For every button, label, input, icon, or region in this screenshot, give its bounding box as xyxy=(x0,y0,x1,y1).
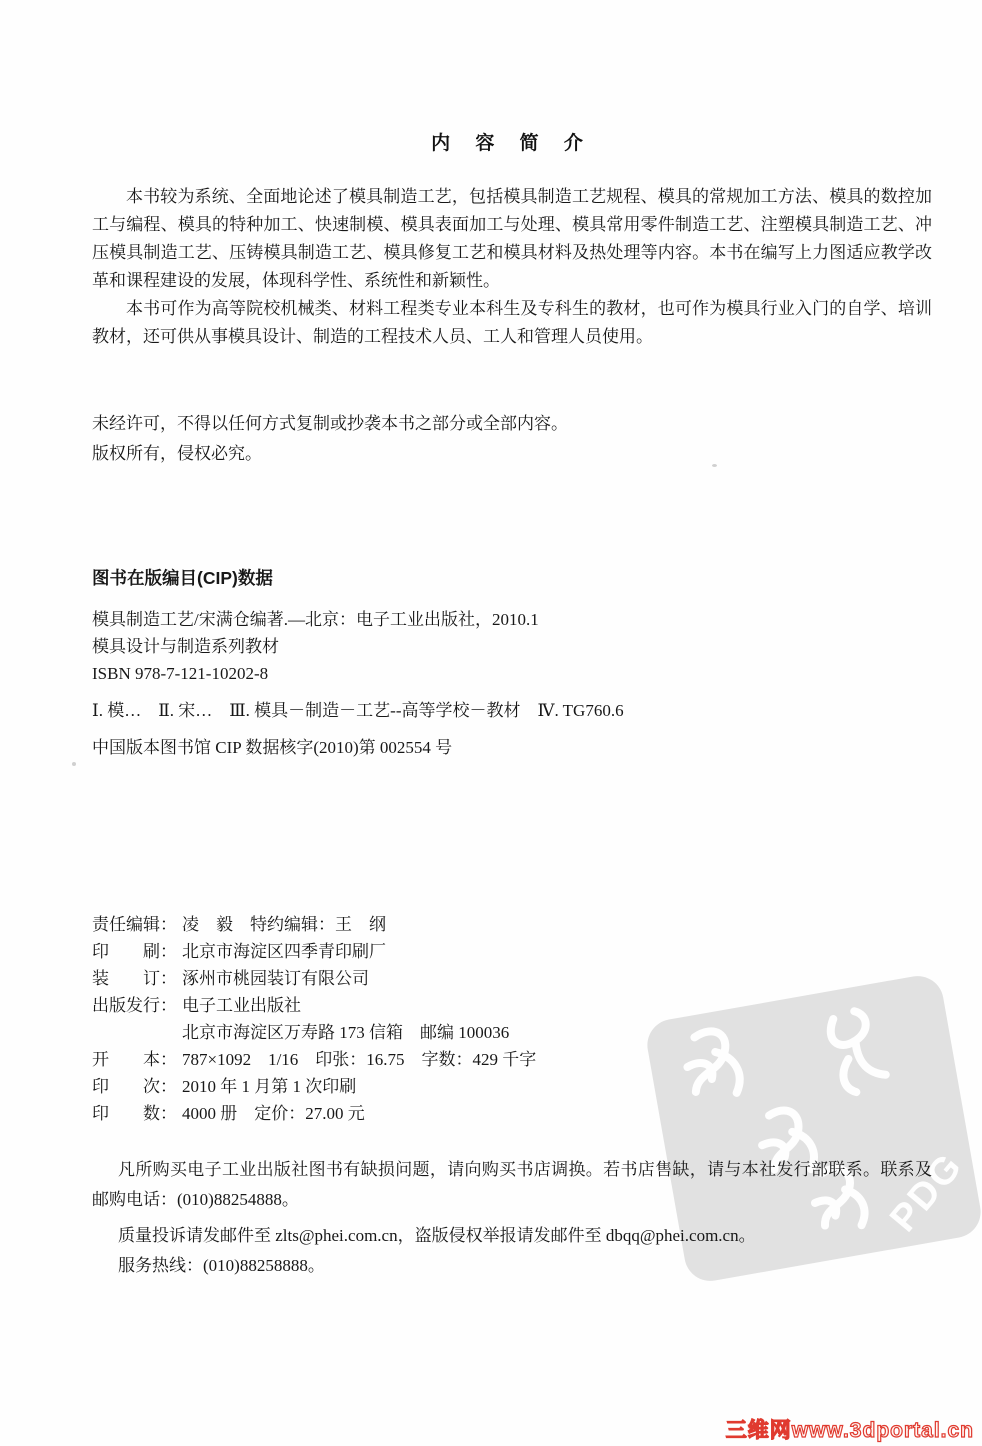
pub-label: 责任编辑： xyxy=(92,911,182,938)
pub-label: 装 订： xyxy=(92,965,182,992)
pub-row-publisher: 出版发行： 电子工业出版社 xyxy=(92,992,932,1019)
cip-title-line: 模具制造工艺/宋满仓编著.—北京：电子工业出版社，2010.1 xyxy=(92,606,932,633)
pub-value: 2010 年 1 月第 1 次印刷 xyxy=(182,1073,356,1100)
pub-row-address: 北京市海淀区万寿路 173 信箱 邮编 100036 xyxy=(92,1019,932,1046)
pub-label: 出版发行： xyxy=(92,992,182,1019)
pub-value: 北京市海淀区万寿路 173 信箱 邮编 100036 xyxy=(182,1019,509,1046)
intro-paragraph-1: 本书较为系统、全面地论述了模具制造工艺，包括模具制造工艺规程、模具的常规加工方法… xyxy=(92,183,932,295)
cip-record-line: 中国版本图书馆 CIP 数据核字(2010)第 002554 号 xyxy=(92,734,932,761)
copyright-notice-line-2: 版权所有，侵权必究。 xyxy=(92,439,932,469)
pub-label: 印 数： xyxy=(92,1100,182,1127)
pub-value: 电子工业出版社 xyxy=(182,992,301,1019)
pub-value: 北京市海淀区四季青印刷厂 xyxy=(182,938,386,965)
copyright-notice-line-1: 未经许可，不得以任何方式复制或抄袭本书之部分或全部内容。 xyxy=(92,409,932,439)
cip-isbn-line: ISBN 978-7-121-10202-8 xyxy=(92,660,932,687)
pub-value: 凌 毅 特约编辑：王 纲 xyxy=(182,911,386,938)
pub-row-editor: 责任编辑： 凌 毅 特约编辑：王 纲 xyxy=(92,911,932,938)
pub-label xyxy=(92,1019,182,1046)
pub-label: 开 本： xyxy=(92,1046,182,1073)
pub-value: 787×1092 1/16 印张：16.75 字数：429 千字 xyxy=(182,1046,536,1073)
pub-label: 印 刷： xyxy=(92,938,182,965)
notes-complaint-paragraph: 质量投诉请发邮件至 zlts@phei.com.cn，盗版侵权举报请发邮件至 d… xyxy=(92,1221,932,1251)
intro-paragraph-2: 本书可作为高等院校机械类、材料工程类专业本科生及专科生的教材，也可作为模具行业入… xyxy=(92,295,932,351)
pub-value: 4000 册 定价：27.00 元 xyxy=(182,1100,365,1127)
cip-classification-line: Ⅰ. 模… Ⅱ. 宋… Ⅲ. 模具－制造－工艺--高等学校－教材 Ⅳ. TG76… xyxy=(92,697,932,724)
pub-value: 涿州市桃园装订有限公司 xyxy=(182,965,369,992)
pub-label: 印 次： xyxy=(92,1073,182,1100)
section-title: 内 容 简 介 xyxy=(92,128,932,155)
pub-row-print-run: 印 数： 4000 册 定价：27.00 元 xyxy=(92,1100,932,1127)
service-notes: 凡所购买电子工业出版社图书有缺损问题，请向购买书店调换。若书店售缺，请与本社发行… xyxy=(92,1155,932,1281)
notes-exchange-paragraph: 凡所购买电子工业出版社图书有缺损问题，请向购买书店调换。若书店售缺，请与本社发行… xyxy=(92,1155,932,1215)
publication-info: 责任编辑： 凌 毅 特约编辑：王 纲 印 刷： 北京市海淀区四季青印刷厂 装 订… xyxy=(92,911,932,1127)
page-content: 内 容 简 介 本书较为系统、全面地论述了模具制造工艺，包括模具制造工艺规程、模… xyxy=(0,0,982,1281)
pub-row-printer: 印 刷： 北京市海淀区四季青印刷厂 xyxy=(92,938,932,965)
cip-heading: 图书在版编目(CIP)数据 xyxy=(92,565,932,590)
pub-row-impression: 印 次： 2010 年 1 月第 1 次印刷 xyxy=(92,1073,932,1100)
copyright-notice: 未经许可，不得以任何方式复制或抄袭本书之部分或全部内容。 版权所有，侵权必究。 xyxy=(92,409,932,469)
cip-data-block: 图书在版编目(CIP)数据 模具制造工艺/宋满仓编著.—北京：电子工业出版社，2… xyxy=(92,565,932,761)
cip-series-line: 模具设计与制造系列教材 xyxy=(92,633,932,660)
notes-hotline-paragraph: 服务热线：(010)88258888。 xyxy=(92,1251,932,1281)
site-watermark: 三维网www.3dportal.cn xyxy=(726,1414,974,1444)
book-copyright-page: PDG 内 容 简 介 本书较为系统、全面地论述了模具制造工艺，包括模具制造工艺… xyxy=(0,0,982,1446)
pub-row-binder: 装 订： 涿州市桃园装订有限公司 xyxy=(92,965,932,992)
pub-row-format: 开 本： 787×1092 1/16 印张：16.75 字数：429 千字 xyxy=(92,1046,932,1073)
